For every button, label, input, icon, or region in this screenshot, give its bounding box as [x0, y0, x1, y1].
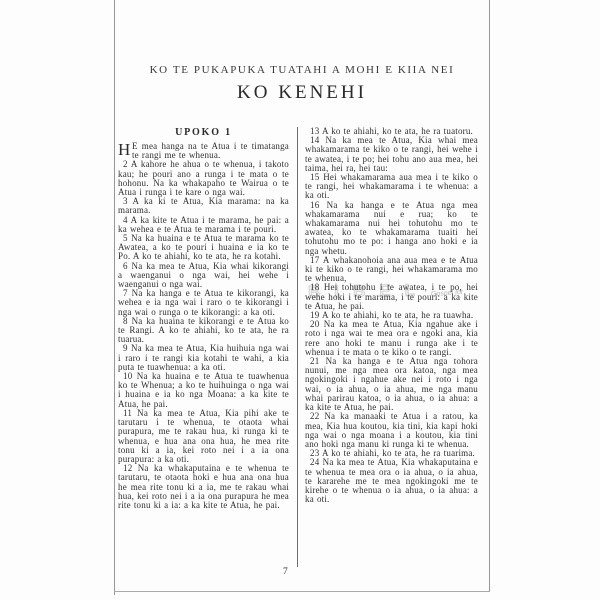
scanned-book-page: KO TE PUKAPUKA TUATAHI A MOHI E KIIA NEI… [0, 0, 600, 600]
page-edge-bottom-line [114, 591, 490, 592]
verse-paragraph: 14 Na ka mea te Atua, Kia whai mea whaka… [305, 136, 478, 173]
two-column-text-block: UPOKO 1 HE mea hanga na te Atua i te tim… [118, 127, 478, 510]
verse-paragraph: 17 A whakanohoia ana aua mea e te Atua k… [305, 256, 478, 284]
column-right: 13 A ko te ahiahi, ko te ata, he ra tuat… [305, 127, 478, 510]
verse-paragraph: 20 Na ka mea te Atua, Kia ngahue ake i r… [305, 320, 478, 357]
column-left: UPOKO 1 HE mea hanga na te Atua i te tim… [118, 127, 289, 510]
column-divider-rule [297, 127, 298, 567]
verse-paragraph: 2 A kahore he ahua o te whenua, i takoto… [118, 160, 289, 197]
verse-paragraph: 21 Na ka hanga e te Atua nga tohora nunu… [305, 357, 478, 412]
verse-1-text: E mea hanga na te Atua i te timatanga te… [132, 141, 289, 160]
verse-paragraph: 8 Na ka huaina te kikorangi e te Atua ko… [118, 317, 289, 345]
verse-paragraph: 9 Na ka mea te Atua, Kia huihuia nga wai… [118, 344, 289, 372]
verse-paragraph: 5 Na ka huaina e te Atua te marama ko te… [118, 234, 289, 262]
verse-paragraph: 18 Hei tohutohu i te awatea, i te po, he… [305, 283, 478, 311]
verse-paragraph: 4 A ka kite te Atua i te marama, he pai:… [118, 216, 289, 234]
verse-paragraph: 11 Na ka mea te Atua, Kia pihi ake te ta… [118, 409, 289, 464]
page-number: 7 [283, 567, 288, 577]
verse-paragraph: 7 Na ka hanga e te Atua te kikorangi, ka… [118, 289, 289, 317]
verse-paragraph: 16 Na ka hanga e te Atua nga mea whakama… [305, 201, 478, 256]
verse-paragraph-1: HE mea hanga na te Atua i te timatanga t… [118, 142, 289, 160]
book-title: KO KENEHI [114, 82, 490, 104]
verse-paragraph: 10 Na ka huaina e te Atua te tuawhenua k… [118, 372, 289, 409]
dropcap-letter: H [118, 142, 132, 157]
verse-paragraph: 24 Na ka mea te Atua, Kia whakaputaina e… [305, 458, 478, 504]
book-header-line: KO TE PUKAPUKA TUATAHI A MOHI E KIIA NEI [114, 64, 490, 76]
verse-paragraph: 6 Na ka mea te Atua, Kia whai kikorangi … [118, 262, 289, 290]
chapter-heading: UPOKO 1 [118, 127, 289, 138]
verse-paragraph: 15 Hei whakamarama aua mea i te kiko o t… [305, 173, 478, 201]
verse-paragraph: 12 Na ka whakaputaina e te whenua te tar… [118, 464, 289, 510]
verse-paragraph: 3 A ka ki te Atua, Kia marama: na ka mar… [118, 197, 289, 215]
verse-paragraph: 22 Na ka manaaki te Atua i a ratou, ka m… [305, 412, 478, 449]
